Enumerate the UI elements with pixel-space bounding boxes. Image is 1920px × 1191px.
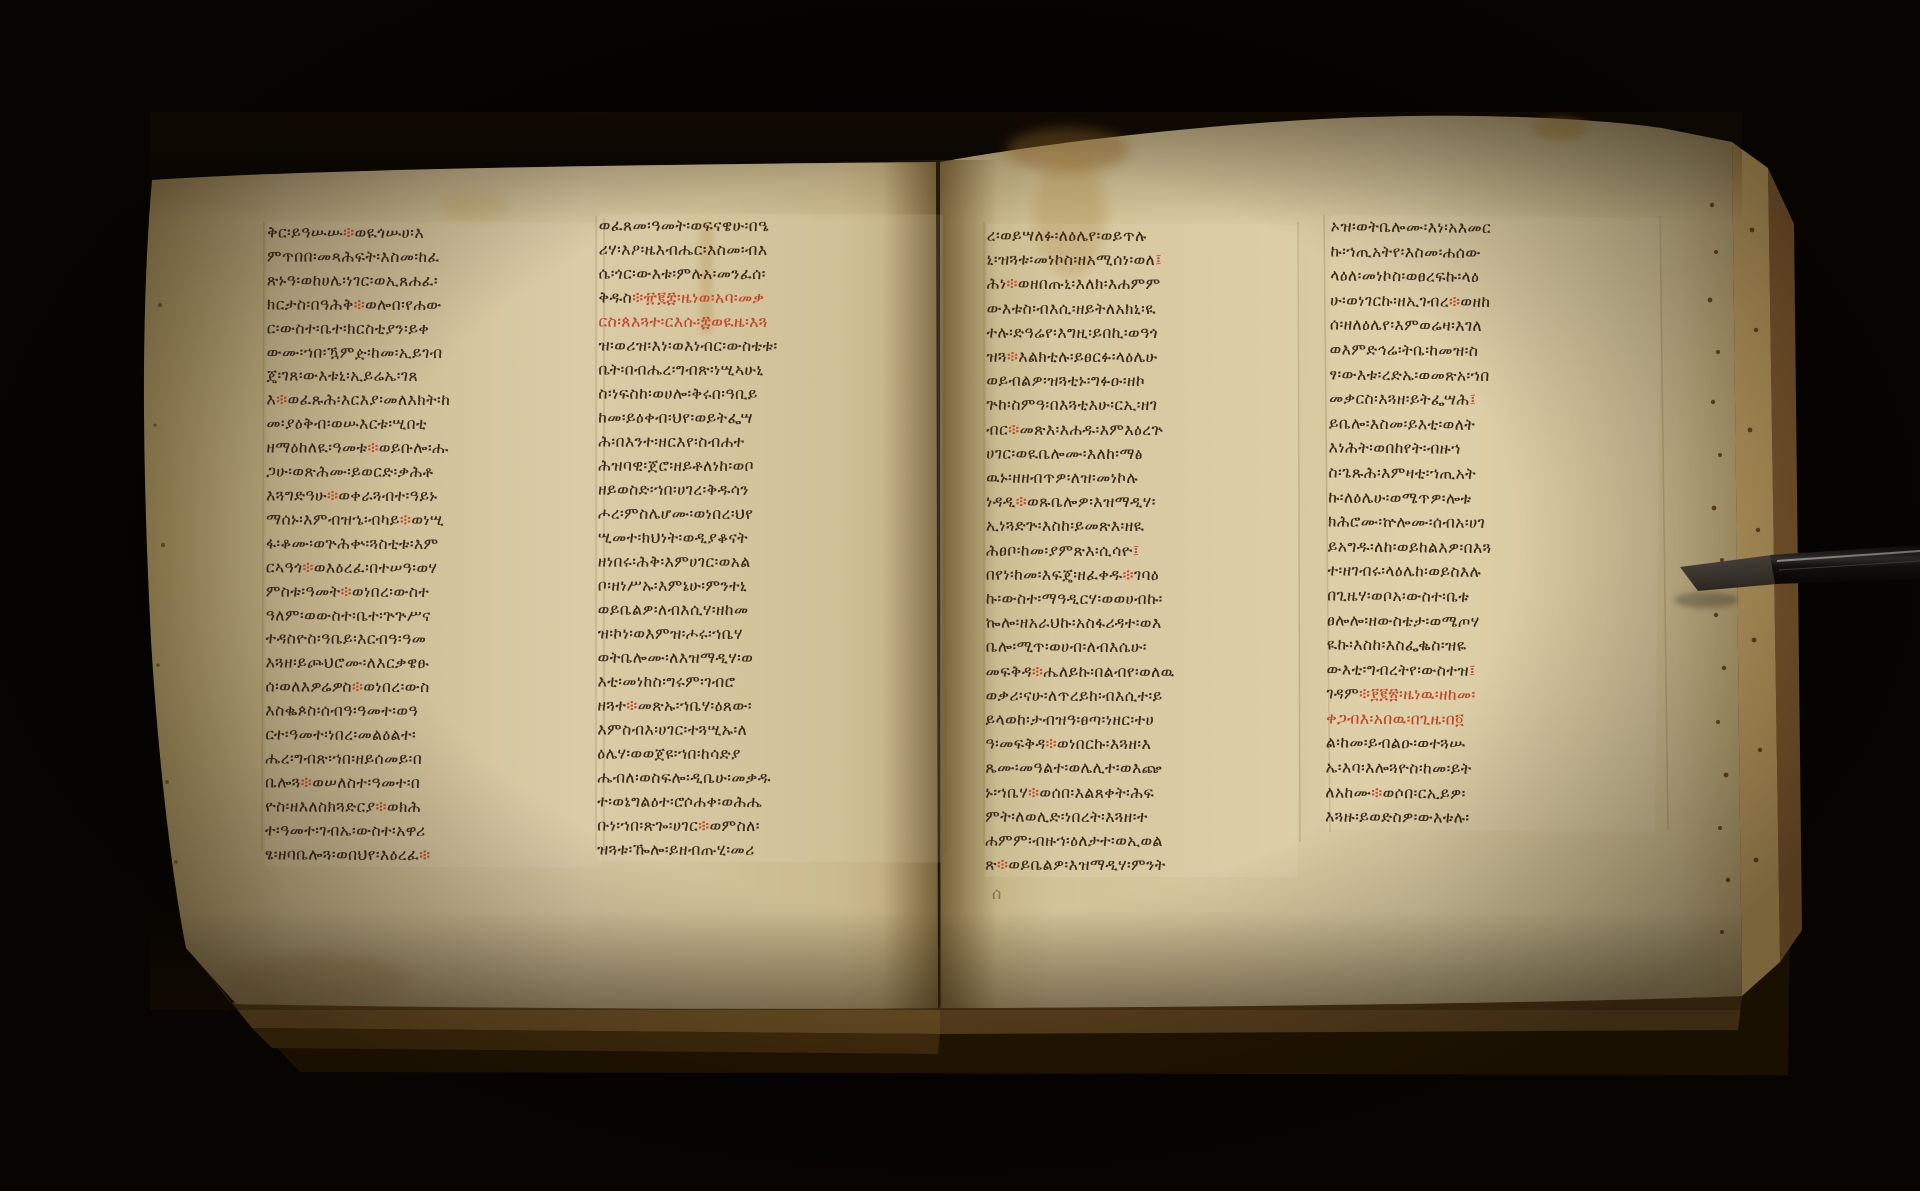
text-line: ሖረ፡ምስሌሆሙ፡ወነበረ፡ህየ bbox=[598, 502, 942, 527]
text-line: እጓዘ፡ይጮህሮሙ፡ለእርቃዌፁ bbox=[266, 652, 602, 677]
text-line: ኦዝ፡ወትቤሎሙ፡እነ፡አእመር bbox=[1331, 214, 1661, 242]
text-line: ወትቤሎሙ፡ለእዝማዲሃ፡ወ bbox=[598, 646, 942, 671]
text-line: ክርታስ፡በዓሕቅ፨ወሎበ፡የሐው bbox=[267, 293, 603, 318]
text-line: ወእምድኅሬ፡ትቤ፡ከመዝ፡ስ bbox=[1330, 337, 1660, 365]
stain-top-right bbox=[1532, 116, 1588, 140]
text-line: ፋ፡ቆሙ፡ወጕሕቍ፡ጓስቲቱ፡እም bbox=[266, 532, 602, 557]
text-line: መቃርስ፡እጓዘ፡ይትፌሣሕ፤ bbox=[1329, 387, 1659, 415]
text-line: ዪኩ፡እስከ፡እስፌቈስ፡ዝዬ bbox=[1327, 633, 1657, 661]
text-line: ውእቲ፡ግብረትየ፡ውስተዝ፤ bbox=[1326, 657, 1656, 685]
text-line: ሕፀቦ፡ከመ፡ያምጽእ፡ሲሳዮ፤ bbox=[986, 538, 1298, 563]
shade-bottom-left-corner bbox=[230, 954, 410, 1006]
text-line: ሔብለ፡ወስፍሎ፡ዲቤሁ፡መቃዱ bbox=[597, 766, 941, 791]
text-line: ሀገር፡ወዪቤሎሙ፡እለከ፡ማፅ bbox=[986, 441, 1298, 466]
text-line: ዉኑ፡ዘዘብጥዎ፡ለዝ፡መነኮሉ bbox=[986, 466, 1298, 491]
text-line: ተ፡ዘገብሩ፡ላዕሌከ፡ወይስእሉ bbox=[1327, 559, 1657, 587]
text-line: ተ፡ዓመተ፡ገብኤ፡ውስተ፡አዋሪ bbox=[265, 819, 601, 844]
left-page-column-2: ወፈጸመ፡ዓመት፡ወፍናዌሁ፡በዔሪሃ፡እዖ፡ዜእብሔር፡እስመ፡ብእሴ፡ጎር፡… bbox=[597, 214, 943, 863]
text-line: ተሉ፡ድዓሬየ፡እግዚ፡ይበኪ፡ወዓጎ bbox=[987, 320, 1299, 345]
text-line: ቅዱስ፨፹፪፰፡ዜነወ፡አባ፡መቃ bbox=[599, 286, 943, 311]
right-page-column-1: ረ፡ወይሣለፉ፡ለዕሌየ፡ወይጥሉኒ፡ዝጓቱ፡መነኮስ፡ዘአሚሰነ፡ወለ፤ሕነ፨… bbox=[985, 224, 1299, 878]
text-line: ሕነ፨ወዘበጡኒ፡እለክ፡እሐምም bbox=[987, 272, 1299, 297]
text-line: ቡነ፡ኀበ፡ጽጐ፡ሀገር፨ወምስለ፡ bbox=[597, 814, 941, 839]
text-line: ዘይወስድ፡ኀበ፡ሀገረ፡ቅዱሳን bbox=[598, 478, 942, 503]
text-line: መፍቅዳ፨ሔለይኩ፡በልብየ፡ወለዉ bbox=[986, 659, 1298, 684]
text-line: ል፡ከመ፡ይብልዑ፡ወተጓሡ bbox=[1326, 731, 1656, 759]
text-line: ቤሎ፡ሚጥ፡ወሀብ፡ለብእሴሁ፡ bbox=[986, 635, 1298, 660]
text-line: ቅር፡ይዓሡሡ፨ወዪጎሡሀ፡እ bbox=[267, 221, 603, 246]
text-line: ጋሁ፡ወጽሕሙ፡ይወርድ፡ቃሕቶ bbox=[266, 460, 602, 485]
text-line: ዘነበሩ፡ሕቅ፡እምሀገር፡ወአል bbox=[598, 550, 942, 575]
text-line: ኩ፡ኀጢአትየ፡እስመ፡ሐሰው bbox=[1330, 239, 1660, 267]
text-line: ተዳስዮስ፡ዓቤይ፡እርብዓ፡ዓመ bbox=[266, 628, 602, 653]
text-line: ርስ፡ጰእጓተ፡ርእሱ፡፰ወዪዜ፡እጓ bbox=[599, 310, 943, 335]
text-line: ቤሎጓ፨ወሠለስተ፡ዓመተ፡በ bbox=[265, 771, 601, 796]
text-line: ወይብልዎ፡ዝጓቲኑ፡ግፉዑ፡ዘኮ bbox=[986, 369, 1298, 394]
text-line: ሕ፡በእንተ፡ዘርእየ፡ስብሐተ bbox=[598, 430, 942, 455]
text-line: ላዕለ፡መነኮስ፡ወፀረፍኩ፡ላዕ bbox=[1330, 264, 1660, 292]
pencil-mark: ሰ bbox=[992, 884, 1001, 904]
text-line: ሐምም፡ብዙኀ፡ዕለታተ፡ወኢወል bbox=[985, 829, 1297, 854]
text-line: ሪሃ፡እዖ፡ዜእብሔር፡እስመ፡ብእ bbox=[599, 238, 943, 263]
text-line: ኑ፡ኀቤሃ፨ወሰበ፡እልጸቀት፡ሕፍ bbox=[985, 780, 1297, 805]
text-line: ምስቱ፡ዓመት፨ወነበረ፡ውስተ bbox=[266, 580, 602, 605]
text-line: ሴ፡ጎር፡ውእቱ፡ምሉአ፡መንፈሰ፡ bbox=[599, 262, 943, 287]
text-line: ክሕሮሙ፡ኵሎሙ፡ሰብአ፡ሀገ bbox=[1328, 510, 1658, 538]
text-line: ፃ፡ውእቱ፡ረድኤ፡ወመጽአ፡ኀበ bbox=[1329, 362, 1659, 390]
text-line: እጓዙ፡ይወድስዎ፡ውእቱሉ፡ bbox=[1325, 805, 1655, 833]
text-line: ዘማዕከለዪ፡ዓመቱ፨ወይቡሎ፡ሑ bbox=[266, 437, 602, 462]
text-line: ዝጓቱ፡ዀሎ፡ይዘብጡሂ፡መሪ bbox=[597, 838, 941, 863]
text-line: ቀጋብእ፡አበዉ፡በጊዜ፡በ፬ bbox=[1326, 706, 1656, 734]
text-line: ገዳም፨፻፪፳፡ዜነዉ፡ዘከመ፡ bbox=[1326, 682, 1656, 710]
text-line: ሢመተ፡ክህነት፡ወዲያቆናት bbox=[598, 526, 942, 551]
text-line: ርተ፡ዓመተ፡ነበረ፡መልዕልተ፡ bbox=[265, 723, 601, 748]
text-line: ሰ፡ወለእዎሬዎስ፨ወነበረ፡ውስ bbox=[265, 676, 601, 701]
text-line: ቤት፡በብሔረ፡ግብጽ፡ነሢኣሁኒ bbox=[598, 358, 942, 383]
text-line: ዮስ፡ዘእለስክጓድርያ፨ወክሕ bbox=[265, 795, 601, 820]
left-page-column-1: ቅር፡ይዓሡሡ፨ወዪጎሡሀ፡እምጥበበ፡መጻሕፍት፡እስመ፡ከፈጽኑዓ፡ወከሀሌ… bbox=[265, 221, 603, 868]
text-line: ፀሎሎ፡ዘውስቴታ፡ወሜጦሃ bbox=[1327, 608, 1657, 636]
text-line: ነዳዲ፨ወጹቤሎዎ፡እዝማዲሃ፡ bbox=[986, 490, 1298, 515]
text-line: ጽኑዓ፡ወከሀሌ፡ነገር፡ወኢጸሐፈ፡ bbox=[267, 269, 603, 294]
text-line: ኒ፡ዝጓቱ፡መነኮስ፡ዘአሚሰነ፡ወለ፤ bbox=[987, 248, 1299, 273]
text-line: ቦ፡ዘነሥኡ፡እምኔሁ፡ምንተኒ bbox=[598, 574, 942, 599]
text-line: ምት፡ለወሊድ፡ነበረት፡እጓዘ፡ተ bbox=[985, 804, 1297, 829]
text-line: ለአከሙ፨ወሶበ፡ርኢይዎ፡ bbox=[1325, 780, 1655, 808]
text-line: በየነ፡ከመ፡እፍጄ፡ዘፈቀዱ፨ገባዕ bbox=[986, 562, 1298, 587]
text-line: መ፡ያዕቅብ፡ወሡእርቱ፡ሢበቲ bbox=[266, 413, 602, 438]
text-line: እጓግድዓሁ፨ወቀራጓብተ፡ዓይኑ bbox=[266, 484, 602, 509]
text-line: ሁ፡ወነገርኩ፡ዘኢገብረ፨ወዘከ bbox=[1330, 288, 1660, 316]
text-line: ወቃሪ፡ናሁ፡ለጥረይከ፡ብእሲተ፡ይ bbox=[986, 683, 1298, 708]
text-line: ኰሎ፡ዘአራህኩ፡አስፋሪዳተ፡ወእ bbox=[986, 611, 1298, 636]
text-line: ይአግዱ፡ለከ፡ወይከልእዎ፡በእጓ bbox=[1328, 534, 1658, 562]
text-line: ውእቱስ፡ብእሲ፡ዘይትለአክኒ፡ዪ bbox=[987, 296, 1299, 321]
text-line: ኤ፡እባ፡እሎጓዮስ፡ከመ፡ይት bbox=[1326, 755, 1656, 783]
text-line: ሰ፡ዘለዕሌየ፡እምወሬዛ፡እገለ bbox=[1330, 313, 1660, 341]
text-line: ፄ፡ዘባቤሎጓ፡ወበህየ፡እዕረፈ፨ bbox=[265, 843, 601, 868]
text-line: ወፈጸመ፡ዓመት፡ወፍናዌሁ፡በዔ bbox=[599, 214, 943, 239]
text-line: በጊዜሃ፡ወቦአ፡ውስተ፡ቤቱ bbox=[1327, 583, 1657, 611]
text-line: ሔረ፡ግብጽ፡ኀበ፡ዘይሰመይ፡በ bbox=[265, 747, 601, 772]
text-line: ጼሙ፡መዓልተ፡ወሌሊተ፡ወእጬ bbox=[985, 756, 1297, 781]
text-line: ምጥበበ፡መጻሕፍት፡እስመ፡ከፈ bbox=[267, 245, 603, 270]
stain-top-left bbox=[441, 190, 509, 220]
text-line: ዕሌሃ፡ወወጀዩ፡ኀበ፡ከሳድያ bbox=[597, 742, 941, 767]
text-line: ኩ፡ለዕሌሁ፡ወሜጥዎ፡ሎቱ bbox=[1328, 485, 1658, 513]
text-line: ዝ፡ወሪዝ፡እነ፡ወእነብር፡ውስቴቱ፡ bbox=[598, 334, 942, 359]
text-line: ጄ፡ገጸ፡ውእቱኒ፡ኢይሬኤ፡ገጸ bbox=[267, 365, 603, 390]
text-line: ማሰኑ፡እምብዝኄ፡ብካይ፨ወነሢ bbox=[266, 508, 602, 533]
text-line: ዘጓተ፨መጽኡ፡ኀቤሃ፡ዕጸው፡ bbox=[598, 694, 942, 719]
text-line: እነሕት፡ወበከየት፡ብዙኀ bbox=[1329, 436, 1659, 464]
text-line: ሕዝባዊ፡ጀሮ፡ዘይቶለነከ፡ወቦ bbox=[598, 454, 942, 479]
text-line: ይላወከ፡ታብዝዓ፡ፀጣ፡ነዘር፡ተሀ bbox=[986, 708, 1298, 733]
text-line: ከመ፡ይዕቀብ፡ህየ፡ወይትፌሣ bbox=[598, 406, 942, 431]
right-page-column-2: ኦዝ፡ወትቤሎሙ፡እነ፡አእመርኩ፡ኀጢአትየ፡እስመ፡ሐሰውላዕለ፡መነኮስ፡… bbox=[1325, 214, 1661, 832]
pointer-shadow bbox=[1674, 592, 1738, 608]
text-line: ዓ፡መፍቅዳ፨ወነበርኩ፡እጓዘ፡እ bbox=[985, 732, 1297, 757]
text-line: ርኣዓጎ፨ወእዕረፈ፡በተሠዓ፡ወሃ bbox=[266, 556, 602, 581]
text-line: ተ፡ወኔግልዕተ፡ሮሶሐቀ፡ወሕሔ bbox=[597, 790, 941, 815]
text-line: ውሙ፡ኀበ፡ዃምዽ፡ከመ፡ኢይገብ bbox=[267, 341, 603, 366]
text-line: ስ፡ነፍስከ፡ወሀሎ፡ቅሩበ፡ዓቢይ bbox=[598, 382, 942, 407]
text-line: ወይቤልዎ፡ለብእሲሃ፡ዘከመ bbox=[598, 598, 942, 623]
text-line: ጽ፨ወይቤልዎ፡እዝማዲሃ፡ምንት bbox=[985, 853, 1297, 878]
text-line: ዓለም፡ወውስተ፡ቤተ፡ጕጕሥና bbox=[266, 604, 602, 629]
text-line: ኩ፡ውስተ፡ማዓዲርሃ፡ወወሀብኩ፡ bbox=[986, 587, 1298, 612]
text-line: ይቤሎ፡እስመ፡ይእቲ፡ወለት bbox=[1329, 411, 1659, 439]
text-line: እስቈጶስ፡ሰብዓ፡ዓመተ፡ወዓ bbox=[265, 700, 601, 725]
manuscript-photograph: ቅር፡ይዓሡሡ፨ወዪጎሡሀ፡እምጥበበ፡መጻሕፍት፡እስመ፡ከፈጽኑዓ፡ወከሀሌ… bbox=[0, 0, 1920, 1191]
text-line: ረ፡ወይሣለፉ፡ለዕሌየ፡ወይጥሉ bbox=[987, 224, 1299, 249]
text-line: ዝጓ፨እልክቲሉ፡ይፀርፉ፡ላዕሌሁ bbox=[986, 345, 1298, 370]
text-line: ዝ፡ኮነ፡ወእምዝ፡ሖሩ፡ኀቤሃ bbox=[598, 622, 942, 647]
text-line: እ፨ወፈጹሕ፡እርእያ፡መለእክት፡ከ bbox=[266, 389, 602, 414]
text-line: ስ፡ጌጹሕ፡እምዛቲ፡ኀጢአት bbox=[1328, 460, 1658, 488]
text-line: ብር፨መጽእ፡እሐዱ፡እምእዕረጕ bbox=[986, 417, 1298, 442]
text-line: እቲ፡መነከስ፡ግሩም፡ገብሮ bbox=[598, 670, 942, 695]
text-line: ኢነጓድጕ፡እስከ፡ይመጽእ፡ዘዪ bbox=[986, 514, 1298, 539]
text-line: ር፡ውስተ፡ቤተ፡ክርስቲያን፡ይቀ bbox=[267, 317, 603, 342]
text-line: እምስብእ፡ሀገር፡ተጓሢኡ፡ለ bbox=[597, 718, 941, 743]
text-line: ጕከ፡ስምዓ፡በእጓቲእሁ፡ርኢ፡ዘገ bbox=[986, 393, 1298, 418]
